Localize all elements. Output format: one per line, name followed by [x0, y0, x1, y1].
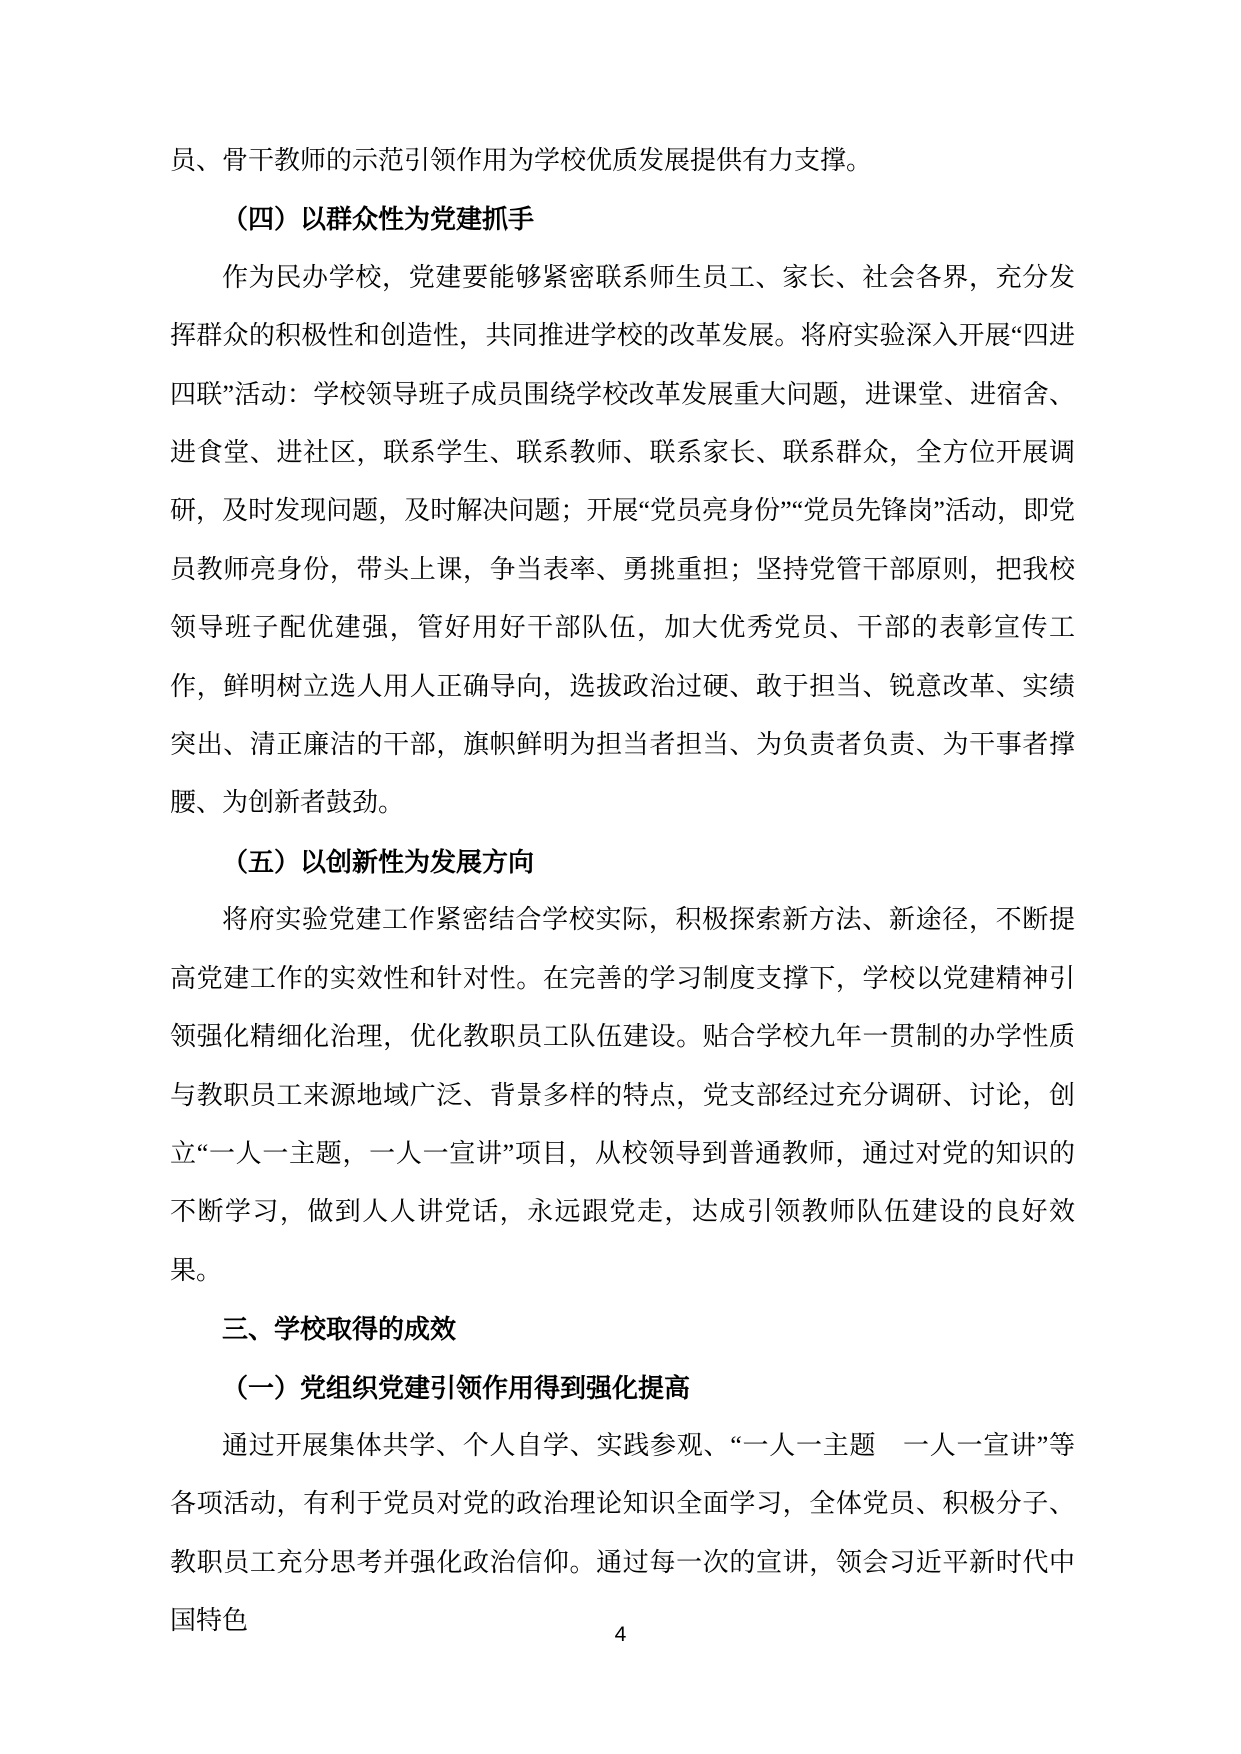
document-body: 员、骨干教师的示范引领作用为学校优质发展提供有力支撑。 （四）以群众性为党建抓手…	[170, 132, 1075, 1651]
paragraph-section-5: 将府实验党建工作紧密结合学校实际，积极探索新方法、新途径，不断提高党建工作的实效…	[170, 891, 1075, 1300]
section-heading-1: （一）党组织党建引领作用得到强化提高	[170, 1359, 1075, 1417]
paragraph-section-1: 通过开展集体共学、个人自学、实践参观、“一人一主题 一人一宣讲”等各项活动，有利…	[170, 1417, 1075, 1651]
section-heading-4: （四）以群众性为党建抓手	[170, 190, 1075, 248]
section-heading-5: （五）以创新性为发展方向	[170, 833, 1075, 891]
paragraph-section-4: 作为民办学校，党建要能够紧密联系师生员工、家长、社会各界，充分发挥群众的积极性和…	[170, 249, 1075, 833]
paragraph-continuation: 员、骨干教师的示范引领作用为学校优质发展提供有力支撑。	[170, 132, 1075, 190]
chapter-heading-3: 三、学校取得的成效	[170, 1300, 1075, 1358]
page-number: 4	[0, 1620, 1241, 1650]
document-page: 员、骨干教师的示范引领作用为学校优质发展提供有力支撑。 （四）以群众性为党建抓手…	[0, 0, 1241, 1754]
